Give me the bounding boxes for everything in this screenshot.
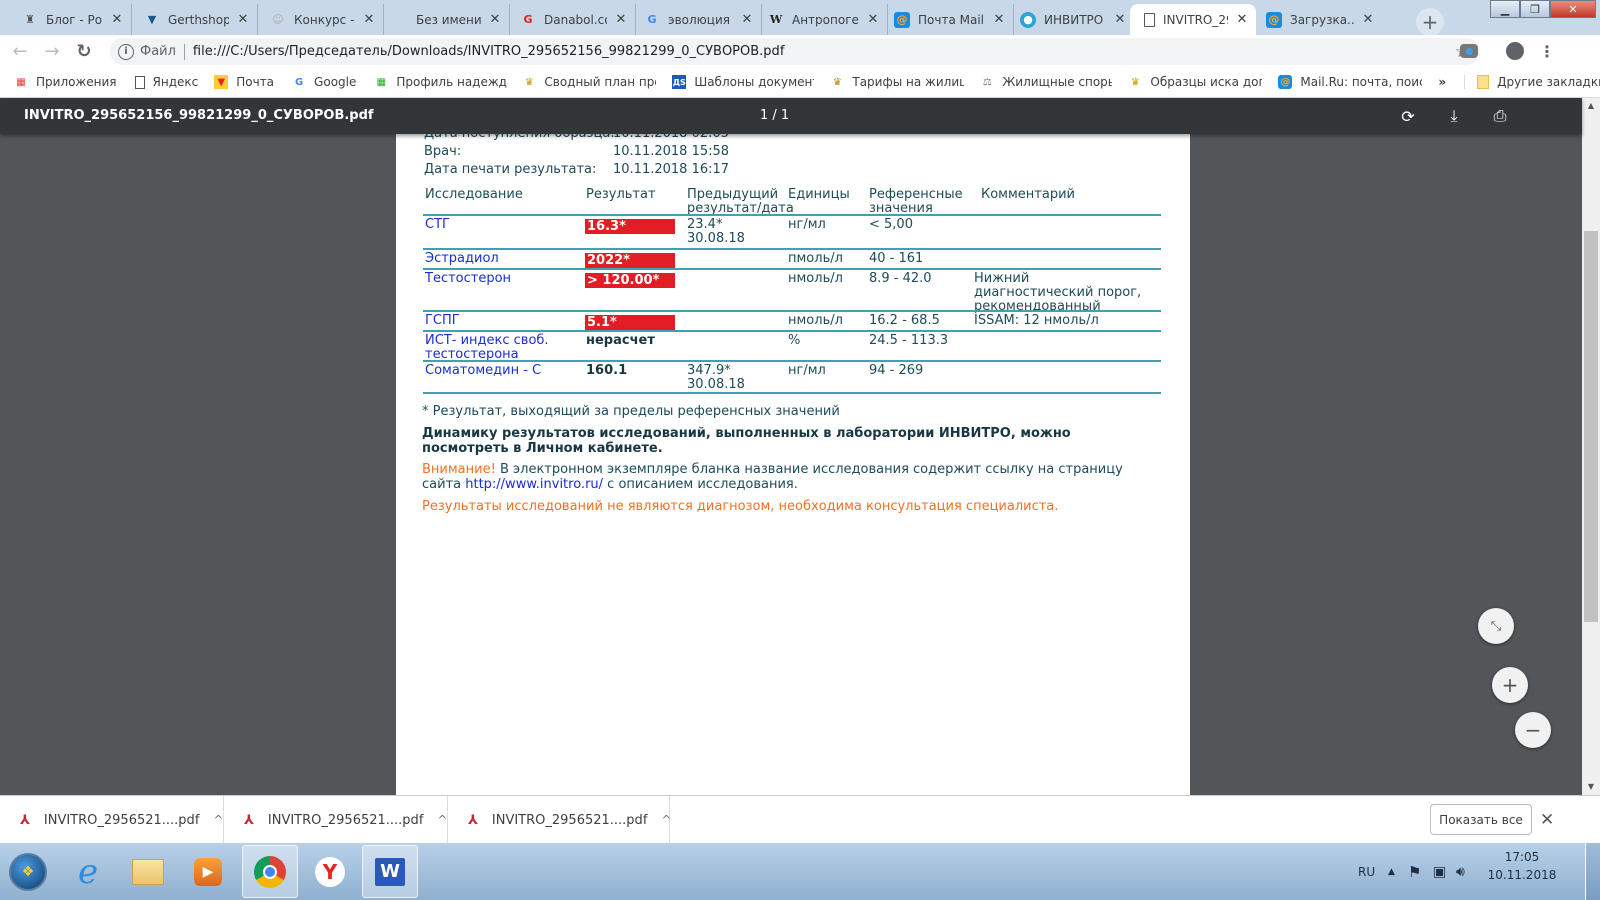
show-all-downloads-button[interactable]: Показать все	[1430, 804, 1532, 835]
document-icon	[1144, 13, 1155, 27]
screen: ♜Блог - Ровн✕ ▼Gerthshop.i✕ ☺Конкурс - К…	[0, 0, 1600, 900]
site-link[interactable]: http://www.invitro.ru/	[465, 477, 603, 492]
folder-icon	[132, 859, 164, 885]
show-desktop-button[interactable]	[1585, 843, 1600, 900]
wikipedia-icon: W	[768, 12, 784, 28]
windows-logo-icon: ❖	[9, 853, 47, 891]
tab-blog[interactable]: ♜Блог - Ровн✕	[0, 4, 132, 35]
meta-value: 10.11.2018 02:05	[613, 134, 729, 141]
yandex-browser-icon: Y	[315, 857, 345, 887]
internet-explorer-icon: e	[78, 852, 98, 892]
meta-label: Дата поступления образца:	[424, 134, 615, 141]
mailru-icon: @	[1266, 12, 1282, 28]
folder-icon	[1477, 75, 1489, 89]
scheme-label: Файл	[140, 44, 176, 59]
contest-icon: ☺	[270, 12, 286, 28]
table-bottom-rule	[423, 392, 1161, 394]
url-text[interactable]: file:///C:/Users/Председатель/Downloads/…	[193, 44, 784, 59]
test-name-link[interactable]: СТГ	[425, 218, 575, 232]
table-row: Тестостерон> 120.00*нмоль/л8.9 - 42.0Ниж…	[423, 268, 1161, 308]
result-flagged: 5.1*	[585, 315, 675, 330]
close-tab-icon[interactable]: ✕	[487, 12, 503, 27]
close-tab-icon[interactable]: ✕	[613, 12, 629, 27]
scales-icon: ⚖	[980, 75, 994, 89]
print-icon[interactable]: ⎙	[1489, 105, 1511, 127]
table-row: СТГ16.3*23.4*30.08.18нг/мл< 5,00	[423, 214, 1161, 244]
scroll-thumb[interactable]	[1584, 231, 1598, 622]
test-name-link[interactable]: Эстрадиол	[425, 252, 575, 266]
divider	[184, 44, 185, 60]
profile-icon[interactable]	[1504, 40, 1526, 62]
previous-date: 30.08.18	[687, 378, 745, 392]
result-flagged: 2022*	[585, 253, 675, 268]
pdf-file-icon: ⅄	[468, 812, 478, 828]
test-name-link[interactable]: Тестостерон	[425, 272, 575, 286]
taskbar-media-player[interactable]: ▶	[180, 845, 236, 898]
download-shelf: ⅄INVITRO_2956521....pdf^ ⅄INVITRO_295652…	[0, 795, 1600, 843]
attention-note: Внимание! В электронном экземпляре бланк…	[422, 462, 1152, 492]
chrome-icon	[254, 856, 286, 888]
download-item[interactable]: ⅄INVITRO_2956521....pdf^	[0, 796, 224, 844]
tab-invitro[interactable]: ●ИНВИТРО✕	[1014, 4, 1134, 35]
pdf-file-icon: ⅄	[20, 812, 30, 828]
zoom-in-button[interactable]: +	[1492, 667, 1528, 703]
tab-danabol[interactable]: GDanabol.co✕	[510, 4, 636, 35]
tab-download[interactable]: @Загрузка... -✕	[1256, 4, 1382, 35]
back-button[interactable]: ←	[8, 39, 32, 63]
tab-invitro-pdf[interactable]: INVITRO_29✕	[1130, 4, 1256, 35]
minimize-button[interactable]: ▁	[1490, 0, 1520, 18]
units: нг/мл	[788, 218, 826, 232]
table-row: Эстрадиол2022*пмоль/л40 - 161	[423, 248, 1161, 266]
close-window-button[interactable]: ✕	[1550, 0, 1596, 18]
page-icon	[135, 76, 145, 89]
invitro-drop-icon: ●	[1020, 12, 1036, 28]
tab-wikipedia[interactable]: WАнтропоген✕	[762, 4, 888, 35]
attention-label: Внимание!	[422, 462, 496, 477]
test-name-link[interactable]: ГСПГ	[425, 314, 575, 328]
new-tab-button[interactable]: +	[1416, 8, 1444, 36]
disclaimer: Результаты исследований не являются диаг…	[422, 499, 1152, 514]
previous-date: 30.08.18	[687, 232, 745, 246]
mail-icon: ▼	[214, 75, 228, 89]
units: пмоль/л	[788, 252, 843, 266]
reload-button[interactable]: ↻	[72, 39, 96, 63]
reference-range: 24.5 - 113.3	[869, 334, 948, 348]
result-value: нерасчет	[586, 334, 655, 348]
bookmark-mail[interactable]: ▼Почта	[214, 75, 274, 89]
blog-icon: ♜	[22, 12, 38, 28]
fit-to-page-button[interactable]: ⤡	[1478, 608, 1514, 644]
close-tab-icon[interactable]: ✕	[865, 12, 881, 27]
result-flagged: 16.3*	[585, 219, 675, 234]
extension-eye-icon[interactable]	[1458, 40, 1480, 62]
google-icon: G	[292, 75, 306, 89]
test-name-link[interactable]: ИСТ- индекс своб. тестостерона	[425, 334, 575, 362]
header-reference: Референсные значения	[869, 188, 963, 216]
reference-range: 94 - 269	[869, 364, 923, 378]
close-tab-icon[interactable]: ✕	[109, 12, 125, 27]
tab-contest[interactable]: ☺Конкурс - К✕	[258, 4, 384, 35]
tab-google-search[interactable]: Gэволюция ч✕	[636, 4, 762, 35]
network-icon[interactable]: ▣	[1433, 843, 1446, 900]
taskbar-chrome[interactable]	[242, 845, 298, 898]
pdf-file-icon: ⅄	[244, 812, 254, 828]
reference-range: 8.9 - 42.0	[869, 272, 932, 286]
scroll-down-arrow[interactable]: ▼	[1582, 779, 1600, 795]
header-result: Результат	[586, 188, 656, 202]
other-bookmarks[interactable]: Другие закладки	[1464, 75, 1600, 89]
clock-time: 17:05	[1487, 848, 1557, 866]
reference-range: 16.2 - 68.5	[869, 314, 940, 328]
info-icon[interactable]: i	[118, 44, 134, 60]
tab-untitled[interactable]: Без имени✕	[384, 4, 510, 35]
scroll-up-arrow[interactable]: ▲	[1582, 98, 1600, 114]
tab-strip: ♜Блог - Ровн✕ ▼Gerthshop.i✕ ☺Конкурс - К…	[0, 0, 1600, 35]
download-icon[interactable]: ⤓	[1443, 105, 1465, 127]
windows-taskbar: ❖ e ▶ Y W RU ▲ ⚑ ▣ 🔊︎ 17:0510.11.2018	[0, 843, 1600, 900]
taskbar-yandex[interactable]: Y	[302, 845, 358, 898]
bookmarks-bar: ▦Приложения Яндекс ▼Почта GGoogle ▦Профи…	[0, 67, 1600, 98]
dynamics-note: Динамику результатов исследований, выпол…	[422, 426, 1152, 456]
close-tab-icon[interactable]: ✕	[1112, 12, 1128, 27]
system-clock[interactable]: 17:0510.11.2018	[1487, 848, 1557, 884]
bookmark-disputes[interactable]: ⚖Жилищные споры, с	[980, 75, 1112, 89]
google-icon: G	[644, 12, 660, 28]
taskbar-ie[interactable]: e	[60, 845, 116, 898]
media-player-icon: ▶	[194, 858, 222, 886]
header-units: Единицы	[788, 188, 850, 202]
action-center-flag-icon[interactable]: ⚑	[1408, 843, 1421, 900]
browser-toolbar: ← → ↻ i Файл file:///C:/Users/Председате…	[0, 35, 1600, 67]
header-comment: Комментарий	[981, 188, 1075, 202]
window-controls: ▁ ❐ ✕	[1490, 0, 1596, 20]
bookmark-google[interactable]: GGoogle	[292, 75, 356, 89]
download-item[interactable]: ⅄INVITRO_2956521....pdf^	[224, 796, 448, 844]
reference-range: < 5,00	[869, 218, 913, 232]
footnote: * Результат, выходящий за пределы рефере…	[422, 404, 840, 419]
bookmark-templates[interactable]: ДSШаблоны документо	[672, 75, 814, 89]
chevron-up-icon[interactable]: ^	[437, 813, 447, 827]
menu-kebab-icon[interactable]: ⋮	[1536, 40, 1558, 62]
result-value: 160.1	[586, 364, 627, 378]
chevron-up-icon[interactable]: ^	[661, 813, 671, 827]
pdf-page: Дата поступления образца: 10.11.2018 02:…	[396, 134, 1190, 795]
table-row: Соматомедин - С160.1347.9*30.08.18нг/мл9…	[423, 360, 1161, 390]
attention-tail: с описанием исследования.	[603, 477, 798, 492]
previous-result: 23.4*	[687, 218, 722, 232]
close-tab-icon[interactable]: ✕	[1360, 12, 1376, 27]
bookmark-plan[interactable]: ♛Сводный план пров	[522, 75, 656, 89]
tab-mail[interactable]: @Почта Mail.✕	[888, 4, 1014, 35]
close-tab-icon[interactable]: ✕	[739, 12, 755, 27]
page-indicator: 1 / 1	[760, 108, 789, 123]
emblem-icon: ♛	[830, 75, 844, 89]
bookmark-profile[interactable]: ▦Профиль надежда19	[374, 75, 508, 89]
taskbar-explorer[interactable]	[120, 845, 176, 898]
pdf-viewport: Дата поступления образца: 10.11.2018 02:…	[0, 134, 1582, 795]
emblem-icon: ♛	[522, 75, 536, 89]
download-item[interactable]: ⅄INVITRO_2956521....pdf^	[448, 796, 670, 844]
address-bar[interactable]: i Файл file:///C:/Users/Председатель/Dow…	[110, 38, 1480, 65]
meta-value: 10.11.2018 15:58	[613, 144, 729, 159]
word-icon: W	[375, 858, 405, 886]
close-tab-icon[interactable]: ✕	[1234, 12, 1250, 27]
pdf-toolbar: INVITRO_295652156_99821299_0_СУВОРОВ.pdf…	[0, 98, 1582, 134]
restore-button[interactable]: ❐	[1520, 0, 1550, 18]
shield-icon: ▼	[144, 12, 160, 28]
tray-expand-icon[interactable]: ▲	[1388, 843, 1395, 900]
meta-label: Врач:	[424, 144, 461, 159]
bookmark-samples[interactable]: ♛Образцы иска догов	[1128, 75, 1262, 89]
mailru-icon: @	[1278, 75, 1292, 89]
danabol-icon: G	[520, 12, 536, 28]
bookmark-apps[interactable]: ▦Приложения	[14, 75, 117, 89]
rotate-icon[interactable]: ⟳	[1397, 105, 1419, 127]
meta-label: Дата печати результата:	[424, 162, 596, 177]
units: нг/мл	[788, 364, 826, 378]
close-tab-icon[interactable]: ✕	[361, 12, 377, 27]
units: нмоль/л	[788, 314, 843, 328]
bookmark-mailru[interactable]: @Mail.Ru: почта, поиск	[1278, 75, 1422, 89]
zoom-out-button[interactable]: −	[1515, 712, 1551, 748]
units: нмоль/л	[788, 272, 843, 286]
vertical-scrollbar[interactable]: ▲ ▼	[1582, 98, 1600, 795]
previous-result: 347.9*	[687, 364, 731, 378]
pdf-filename: INVITRO_295652156_99821299_0_СУВОРОВ.pdf	[24, 108, 374, 123]
table-row: ГСПГ5.1*нмоль/л16.2 - 68.5	[423, 310, 1161, 328]
forward-button[interactable]: →	[40, 39, 64, 63]
mailru-icon: @	[894, 12, 910, 28]
reference-range: 40 - 161	[869, 252, 923, 266]
taskbar-word[interactable]: W	[362, 845, 418, 898]
volume-icon[interactable]: 🔊︎	[1456, 843, 1465, 900]
chevron-up-icon[interactable]: ^	[213, 813, 223, 827]
meta-value: 10.11.2018 16:17	[613, 162, 729, 177]
emblem-icon: ♛	[1128, 75, 1142, 89]
tab-gerthshop[interactable]: ▼Gerthshop.i✕	[132, 4, 258, 35]
language-indicator[interactable]: RU	[1358, 843, 1375, 900]
close-tab-icon[interactable]: ✕	[991, 12, 1007, 27]
bookmarks-overflow-button[interactable]: »	[1438, 75, 1446, 89]
header-previous: Предыдущий результат/дата	[687, 188, 794, 216]
result-flagged: > 120.00*	[585, 273, 675, 288]
start-button[interactable]: ❖	[0, 845, 56, 898]
ds-icon: ДS	[672, 75, 686, 89]
clock-date: 10.11.2018	[1487, 866, 1557, 884]
apps-grid-icon: ▦	[14, 75, 28, 89]
close-tab-icon[interactable]: ✕	[235, 12, 251, 27]
test-name-link[interactable]: Соматомедин - С	[425, 364, 575, 378]
bookmark-tariffs[interactable]: ♛Тарифы на жилищно	[830, 75, 964, 89]
table-row: ИСТ- индекс своб. тестостеронанерасчет%2…	[423, 330, 1161, 358]
grid-icon: ▦	[374, 75, 388, 89]
close-shelf-icon[interactable]: ✕	[1540, 810, 1554, 830]
header-test: Исследование	[425, 188, 523, 202]
bookmark-yandex[interactable]: Яндекс	[135, 75, 199, 89]
units: %	[788, 334, 800, 348]
